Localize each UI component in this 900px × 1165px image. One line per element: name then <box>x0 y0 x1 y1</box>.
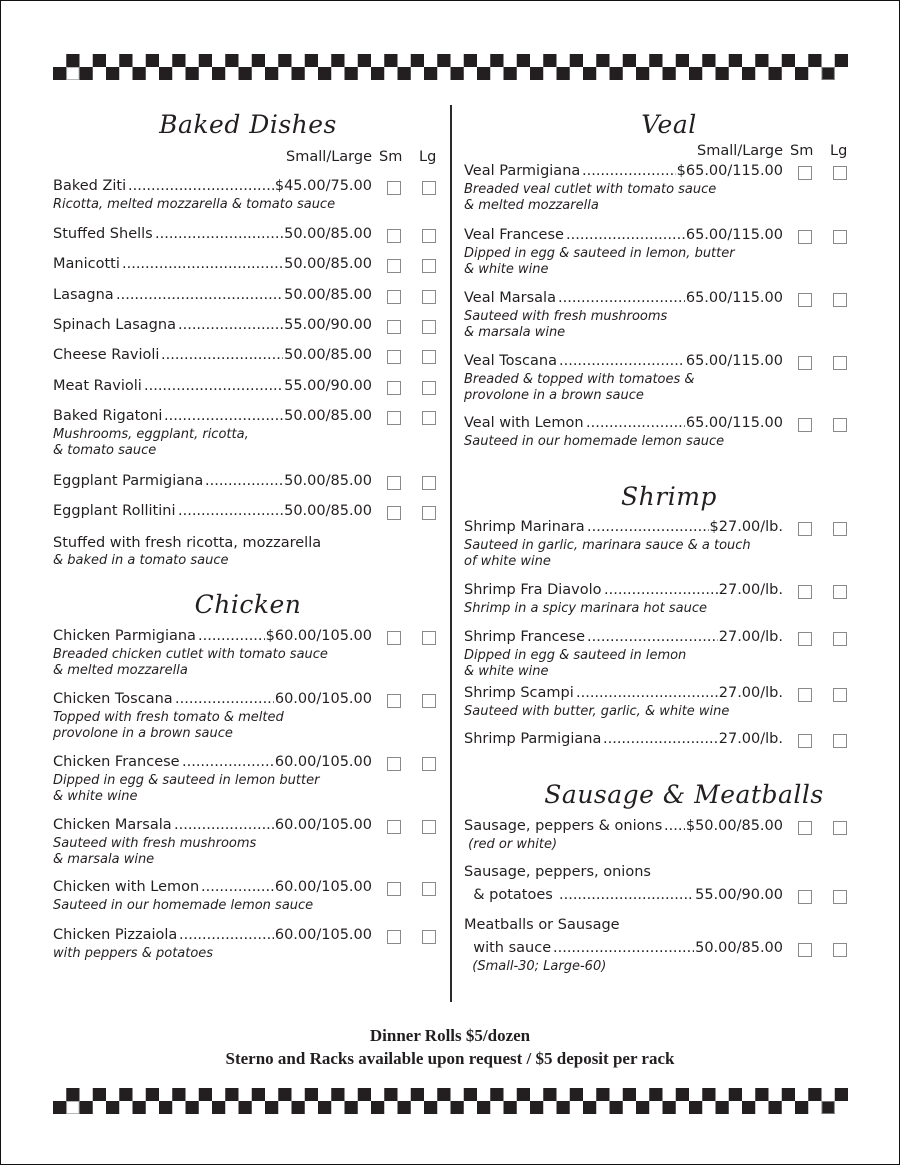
small-size-checkbox[interactable] <box>387 757 401 771</box>
section-title-sausage-meatballs: Sausage & Meatballs <box>504 780 864 809</box>
menu-item-price: 50.00/85.00 <box>695 940 783 956</box>
menu-item-price: 27.00/lb. <box>719 582 783 598</box>
large-size-checkbox[interactable] <box>422 290 436 304</box>
menu-item-description: (Small-30; Large-60) <box>464 959 854 975</box>
menu-item: Chicken Pizzaiola.......................… <box>53 927 443 962</box>
menu-item-description: of white wine <box>464 554 854 570</box>
small-size-checkbox[interactable] <box>387 350 401 364</box>
small-size-checkbox[interactable] <box>387 882 401 896</box>
dot-leader: ........................................… <box>558 290 685 306</box>
menu-item-description: & white wine <box>464 664 854 680</box>
menu-item-name: Shrimp Parmigiana <box>464 731 601 747</box>
dot-leader: ........................................… <box>587 629 718 645</box>
menu-item: Baked Rigatoni..........................… <box>53 408 443 459</box>
large-size-checkbox[interactable] <box>422 320 436 334</box>
menu-item: Meatballs or Sausage with sauce.........… <box>464 917 854 975</box>
checkered-border-bottom <box>53 1088 848 1114</box>
small-size-checkbox[interactable] <box>798 522 812 536</box>
menu-item-name: Meat Ravioli <box>53 378 142 394</box>
large-size-checkbox[interactable] <box>422 229 436 243</box>
menu-item-description: provolone in a brown sauce <box>464 388 854 404</box>
dot-leader: ........................................… <box>664 818 685 834</box>
menu-item-name: Shrimp Fra Diavolo <box>464 582 602 598</box>
large-size-checkbox[interactable] <box>833 418 847 432</box>
dot-leader: ........................................… <box>128 178 274 194</box>
small-size-checkbox[interactable] <box>798 688 812 702</box>
menu-item: Chicken Parmigiana......................… <box>53 628 443 679</box>
checkered-border-top <box>53 54 848 80</box>
footer-dinner-rolls: Dinner Rolls $5/dozen <box>0 1026 900 1046</box>
menu-item-name: with sauce <box>464 940 551 956</box>
menu-item-price: 27.00/lb. <box>719 685 783 701</box>
small-size-checkbox[interactable] <box>387 320 401 334</box>
small-size-checkbox[interactable] <box>387 930 401 944</box>
large-size-checkbox[interactable] <box>422 381 436 395</box>
menu-item-price: $60.00/105.00 <box>266 628 372 644</box>
menu-item-price: 50.00/85.00 <box>284 473 372 489</box>
large-size-checkbox[interactable] <box>422 506 436 520</box>
menu-item-description: (red or white) <box>464 837 854 853</box>
dot-leader: ........................................… <box>122 256 283 272</box>
menu-item-name: Eggplant Rollitini <box>53 503 176 519</box>
small-size-checkbox[interactable] <box>798 356 812 370</box>
large-header: Lg <box>419 149 436 165</box>
menu-item-name: Cheese Ravioli <box>53 347 159 363</box>
large-size-checkbox[interactable] <box>422 820 436 834</box>
menu-item: Chicken Toscana.........................… <box>53 691 443 742</box>
small-size-checkbox[interactable] <box>387 411 401 425</box>
menu-item: Chicken with Lemon......................… <box>53 879 443 914</box>
menu-item: Cheese Ravioli..........................… <box>53 347 443 366</box>
menu-item: Shrimp Parmigiana.......................… <box>464 731 854 750</box>
large-size-checkbox[interactable] <box>833 734 847 748</box>
menu-item-description: & white wine <box>464 262 854 278</box>
small-size-checkbox[interactable] <box>387 381 401 395</box>
menu-item-name: & potatoes <box>464 887 557 903</box>
small-size-checkbox[interactable] <box>798 821 812 835</box>
dot-leader: ........................................… <box>553 940 694 956</box>
price-header: Small/Large <box>286 149 372 165</box>
menu-item-description: Sauteed with fresh mushrooms <box>464 309 854 325</box>
menu-item-name: Sausage, peppers & onions <box>464 818 662 834</box>
menu-item-price: 55.00/90.00 <box>284 317 372 333</box>
section-title-baked-dishes: Baked Dishes <box>83 110 413 139</box>
dot-leader: ........................................… <box>155 226 283 242</box>
small-size-checkbox[interactable] <box>387 259 401 273</box>
large-size-checkbox[interactable] <box>833 522 847 536</box>
large-size-checkbox[interactable] <box>422 350 436 364</box>
footer-sterno-racks: Sterno and Racks available upon request … <box>0 1049 900 1069</box>
menu-item-name: Veal Marsala <box>464 290 556 306</box>
dot-leader: ........................................… <box>587 519 709 535</box>
menu-item-name: Chicken Marsala <box>53 817 172 833</box>
large-size-checkbox[interactable] <box>422 757 436 771</box>
large-size-checkbox[interactable] <box>833 943 847 957</box>
menu-item-price: $65.00/115.00 <box>677 163 783 179</box>
menu-item: Shrimp Marinara.........................… <box>464 519 854 570</box>
price-header: Small/Large <box>697 143 783 159</box>
menu-item-price: 55.00/90.00 <box>284 378 372 394</box>
large-size-checkbox[interactable] <box>833 356 847 370</box>
menu-item-price: 50.00/85.00 <box>284 226 372 242</box>
menu-item: Shrimp Scampi...........................… <box>464 685 854 720</box>
small-size-checkbox[interactable] <box>798 632 812 646</box>
large-size-checkbox[interactable] <box>422 882 436 896</box>
menu-item-description: Dipped in egg & sauteed in lemon butter <box>53 773 443 789</box>
menu-item-name: Veal Toscana <box>464 353 557 369</box>
dot-leader: ........................................… <box>175 691 274 707</box>
menu-item-name: Manicotti <box>53 256 120 272</box>
dot-leader: ........................................… <box>604 582 718 598</box>
menu-item-price: 60.00/105.00 <box>275 817 372 833</box>
menu-item-name: Shrimp Scampi <box>464 685 574 701</box>
menu-item-description: Shrimp in a spicy marinara hot sauce <box>464 601 854 617</box>
small-size-checkbox[interactable] <box>798 890 812 904</box>
dot-leader: ........................................… <box>205 473 283 489</box>
large-size-checkbox[interactable] <box>422 694 436 708</box>
menu-item: Chicken Francese........................… <box>53 754 443 805</box>
menu-item-description: Stuffed with fresh ricotta, mozzarella <box>53 534 443 553</box>
menu-item-price: $27.00/lb. <box>710 519 783 535</box>
menu-item-description: & marsala wine <box>53 852 443 868</box>
small-header: Sm <box>790 143 813 159</box>
small-size-checkbox[interactable] <box>387 631 401 645</box>
large-size-checkbox[interactable] <box>422 181 436 195</box>
column-divider <box>450 105 452 1002</box>
menu-item-description: Sauteed with butter, garlic, & white win… <box>464 704 854 720</box>
menu-item: Veal Marsala............................… <box>464 290 854 341</box>
menu-item-price: 65.00/115.00 <box>686 290 783 306</box>
dot-leader: ........................................… <box>179 927 274 943</box>
small-size-checkbox[interactable] <box>798 293 812 307</box>
menu-item: Manicotti...............................… <box>53 256 443 275</box>
menu-item-description: & marsala wine <box>464 325 854 341</box>
menu-item-name: Chicken Francese <box>53 754 180 770</box>
dot-leader: ........................................… <box>201 879 274 895</box>
large-size-checkbox[interactable] <box>833 821 847 835</box>
menu-item-name: Baked Rigatoni <box>53 408 162 424</box>
menu-item-name: Shrimp Francese <box>464 629 585 645</box>
menu-item-name: Veal with Lemon <box>464 415 584 431</box>
small-size-checkbox[interactable] <box>798 585 812 599</box>
dot-leader: ........................................… <box>559 353 685 369</box>
large-size-checkbox[interactable] <box>833 632 847 646</box>
small-size-checkbox[interactable] <box>387 820 401 834</box>
menu-item-price: 50.00/85.00 <box>284 408 372 424</box>
small-size-checkbox[interactable] <box>387 694 401 708</box>
menu-item: Meat Ravioli............................… <box>53 378 443 397</box>
large-size-checkbox[interactable] <box>422 930 436 944</box>
menu-item-name: Chicken Toscana <box>53 691 173 707</box>
menu-item-description: Breaded veal cutlet with tomato sauce <box>464 182 854 198</box>
small-size-checkbox[interactable] <box>798 418 812 432</box>
menu-item-description: & baked in a tomato sauce <box>53 553 443 569</box>
small-size-checkbox[interactable] <box>387 181 401 195</box>
menu-item-description: & tomato sauce <box>53 443 443 459</box>
small-header: Sm <box>379 149 402 165</box>
menu-item-price: 60.00/105.00 <box>275 754 372 770</box>
small-size-checkbox[interactable] <box>387 506 401 520</box>
dot-leader: ........................................… <box>582 163 676 179</box>
menu-item-description: & white wine <box>53 789 443 805</box>
section-title-shrimp: Shrimp <box>504 482 834 511</box>
menu-item-price: 55.00/90.00 <box>695 887 783 903</box>
dot-leader: ........................................… <box>559 887 694 903</box>
large-header: Lg <box>830 143 847 159</box>
small-size-checkbox[interactable] <box>798 943 812 957</box>
menu-item: Eggplant Rollitini......................… <box>53 503 443 569</box>
menu-item: Eggplant Parmigiana.....................… <box>53 473 443 492</box>
small-size-checkbox[interactable] <box>387 229 401 243</box>
menu-item-price: 50.00/85.00 <box>284 503 372 519</box>
menu-item: Shrimp Francese.........................… <box>464 629 854 680</box>
large-size-checkbox[interactable] <box>833 293 847 307</box>
menu-item: Veal Toscana............................… <box>464 353 854 404</box>
dot-leader: ........................................… <box>198 628 265 644</box>
menu-item-name: Chicken Pizzaiola <box>53 927 177 943</box>
dot-leader: ........................................… <box>164 408 283 424</box>
large-size-checkbox[interactable] <box>833 230 847 244</box>
menu-item-description: Ricotta, melted mozzarella & tomato sauc… <box>53 197 443 213</box>
menu-item: Shrimp Fra Diavolo......................… <box>464 582 854 617</box>
large-size-checkbox[interactable] <box>833 166 847 180</box>
dot-leader: ........................................… <box>603 731 718 747</box>
dot-leader: ........................................… <box>144 378 283 394</box>
menu-item-price: 27.00/lb. <box>719 629 783 645</box>
menu-item-name: Stuffed Shells <box>53 226 153 242</box>
small-size-checkbox[interactable] <box>798 734 812 748</box>
section-title-chicken: Chicken <box>83 590 413 619</box>
large-size-checkbox[interactable] <box>422 476 436 490</box>
dot-leader: ........................................… <box>178 317 283 333</box>
menu-item: Veal with Lemon.........................… <box>464 415 854 450</box>
dot-leader: ........................................… <box>161 347 283 363</box>
dot-leader: ........................................… <box>116 287 283 303</box>
dot-leader: ........................................… <box>586 415 685 431</box>
menu-item-price: $50.00/85.00 <box>686 818 783 834</box>
menu-item-description: Sauteed with fresh mushrooms <box>53 836 443 852</box>
small-size-checkbox[interactable] <box>798 230 812 244</box>
menu-item: Baked Ziti..............................… <box>53 178 443 213</box>
menu-item-name: Eggplant Parmigiana <box>53 473 203 489</box>
section-title-veal: Veal <box>504 110 834 139</box>
menu-item-price: $45.00/75.00 <box>275 178 372 194</box>
menu-item-description: provolone in a brown sauce <box>53 726 443 742</box>
menu-item: Chicken Marsala.........................… <box>53 817 443 868</box>
menu-item-description: Breaded & topped with tomatoes & <box>464 372 854 388</box>
large-size-checkbox[interactable] <box>833 890 847 904</box>
menu-item-price: 65.00/115.00 <box>686 353 783 369</box>
dot-leader: ........................................… <box>566 227 685 243</box>
large-size-checkbox[interactable] <box>833 585 847 599</box>
menu-item-description: & melted mozzarella <box>464 198 854 214</box>
menu-item-name-line1: Sausage, peppers, onions <box>464 864 651 880</box>
small-size-checkbox[interactable] <box>387 476 401 490</box>
large-size-checkbox[interactable] <box>833 688 847 702</box>
menu-item-price: 60.00/105.00 <box>275 927 372 943</box>
menu-item-price: 60.00/105.00 <box>275 691 372 707</box>
small-size-checkbox[interactable] <box>798 166 812 180</box>
menu-item-name: Shrimp Marinara <box>464 519 585 535</box>
menu-item-price: 50.00/85.00 <box>284 287 372 303</box>
menu-item: Sausage, peppers & onions...............… <box>464 818 854 853</box>
menu-item-price: 65.00/115.00 <box>686 227 783 243</box>
column-header-baked: Small/Large Sm Lg <box>53 149 443 167</box>
menu-item-description: with peppers & potatoes <box>53 946 443 962</box>
menu-item: Lasagna.................................… <box>53 287 443 306</box>
dot-leader: ........................................… <box>576 685 718 701</box>
menu-item-description: & melted mozzarella <box>53 663 443 679</box>
menu-item-name: Veal Parmigiana <box>464 163 580 179</box>
menu-item-name: Chicken Parmigiana <box>53 628 196 644</box>
menu-item-description: Sauteed in our homemade lemon sauce <box>53 898 443 914</box>
large-size-checkbox[interactable] <box>422 631 436 645</box>
menu-item-name: Chicken with Lemon <box>53 879 199 895</box>
column-header-veal: Small/Large Sm Lg <box>464 143 854 161</box>
small-size-checkbox[interactable] <box>387 290 401 304</box>
menu-item-price: 50.00/85.00 <box>284 347 372 363</box>
dot-leader: ........................................… <box>174 817 274 833</box>
dot-leader: ........................................… <box>178 503 283 519</box>
menu-item-name: Veal Francese <box>464 227 564 243</box>
menu-item-description: Topped with fresh tomato & melted <box>53 710 443 726</box>
menu-item-description: Sauteed in garlic, marinara sauce & a to… <box>464 538 854 554</box>
menu-item-price: 65.00/115.00 <box>686 415 783 431</box>
menu-item: Sausage, peppers, onions & potatoes ....… <box>464 864 854 906</box>
large-size-checkbox[interactable] <box>422 411 436 425</box>
menu-item-name: Lasagna <box>53 287 114 303</box>
menu-item: Veal Francese...........................… <box>464 227 854 278</box>
menu-item-name: Baked Ziti <box>53 178 126 194</box>
menu-item-description: Mushrooms, eggplant, ricotta, <box>53 427 443 443</box>
menu-item-price: 50.00/85.00 <box>284 256 372 272</box>
menu-item-description: Dipped in egg & sauteed in lemon, butter <box>464 246 854 262</box>
menu-item-price: 60.00/105.00 <box>275 879 372 895</box>
menu-item: Stuffed Shells..........................… <box>53 226 443 245</box>
dot-leader: ........................................… <box>182 754 274 770</box>
large-size-checkbox[interactable] <box>422 259 436 273</box>
menu-item-price: 27.00/lb. <box>719 731 783 747</box>
menu-item: Veal Parmigiana.........................… <box>464 163 854 214</box>
menu-item-description: Breaded chicken cutlet with tomato sauce <box>53 647 443 663</box>
menu-item-description: Dipped in egg & sauteed in lemon <box>464 648 854 664</box>
menu-item: Spinach Lasagna.........................… <box>53 317 443 336</box>
menu-item-name: Spinach Lasagna <box>53 317 176 333</box>
menu-item-name-line1: Meatballs or Sausage <box>464 917 620 933</box>
menu-item-description: Sauteed in our homemade lemon sauce <box>464 434 854 450</box>
